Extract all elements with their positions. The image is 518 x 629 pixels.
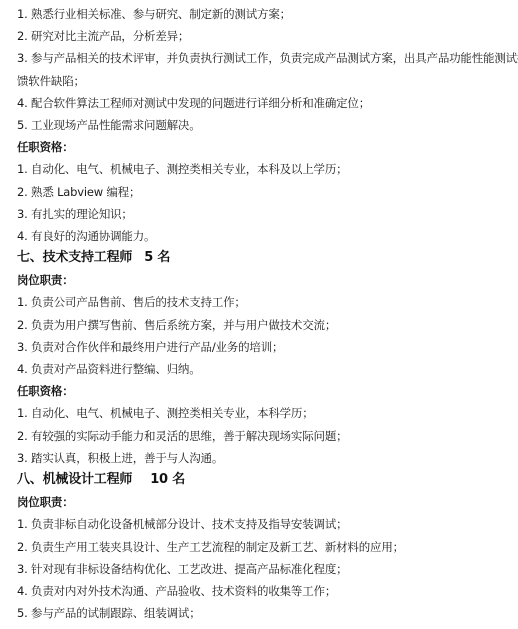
duty-item: 3. 针对现有非标设备结构优化、工艺改进、提高产品标准化程度； — [17, 558, 518, 580]
duty-item: 1. 负责非标自动化设备机械部分设计、技术支持及指导安装调试； — [17, 513, 518, 535]
qualifications-label: 任职资格： — [17, 136, 518, 158]
duty-item: 2. 负责生产用工装夹具设计、生产工艺流程的制定及新工艺、新材料的应用； — [17, 536, 518, 558]
qualification-item: 1. 自动化、电气、机械电子、测控类相关专业，本科及以上学历； — [17, 158, 518, 180]
qualification-item: 2. 有较强的实际动手能力和灵活的思维，善于解决现场实际问题； — [17, 425, 518, 447]
duty-item: 5. 工业现场产品性能需求问题解决。 — [17, 114, 518, 136]
duties-label: 岗位职责： — [17, 269, 518, 291]
position-title: 七、技术支持工程师 — [17, 250, 132, 265]
qualification-item: 3. 踏实认真，积极上进，善于与人沟通。 — [17, 447, 518, 469]
duty-item: 2. 负责为用户撰写售前、售后系统方案，并与用户做技术交流； — [17, 314, 518, 336]
position-title: 八、机械设计工程师 — [17, 472, 132, 487]
duty-item: 5. 参与产品的试制跟踪、组装调试； — [17, 602, 518, 624]
duty-item: 4. 配合软件算法工程师对测试中发现的问题进行详细分析和准确定位； — [17, 92, 518, 114]
qualification-item: 1. 自动化、电气、机械电子、测控类相关专业，本科学历； — [17, 402, 518, 424]
duty-item: 4. 负责对内对外技术沟通、产品验收、技术资料的收集等工作； — [17, 580, 518, 602]
qualifications-label: 任职资格： — [17, 380, 518, 402]
duty-item: 1. 负责公司产品售前、售后的技术支持工作； — [17, 291, 518, 313]
headcount: 5 名 — [144, 247, 170, 269]
qualification-item: 4. 有良好的沟通协调能力。 — [17, 225, 518, 247]
qualification-item: 2. 熟悉 Labview 编程； — [17, 181, 518, 203]
duty-item: 4. 负责对产品资料进行整编、归纳。 — [17, 358, 518, 380]
duties-label: 岗位职责： — [17, 491, 518, 513]
duty-item: 2. 研究对比主流产品，分析差异； — [17, 25, 518, 47]
qualification-item: 3. 有扎实的理论知识； — [17, 203, 518, 225]
section-title-mechanical-design: 八、机械设计工程师10 名 — [17, 469, 518, 491]
duty-item-continuation: 馈软件缺陷； — [17, 70, 518, 92]
headcount: 10 名 — [150, 469, 185, 491]
duty-item: 3. 负责对合作伙伴和最终用户进行产品/业务的培训； — [17, 336, 518, 358]
duty-item: 3. 参与产品相关的技术评审，并负责执行测试工作，负责完成产品测试方案，出具产品… — [17, 47, 518, 69]
section-title-tech-support: 七、技术支持工程师5 名 — [17, 247, 518, 269]
job-posting-document: 1. 熟悉行业相关标准、参与研究、制定新的测试方案； 2. 研究对比主流产品，分… — [0, 0, 518, 624]
duty-item: 1. 熟悉行业相关标准、参与研究、制定新的测试方案； — [17, 3, 518, 25]
